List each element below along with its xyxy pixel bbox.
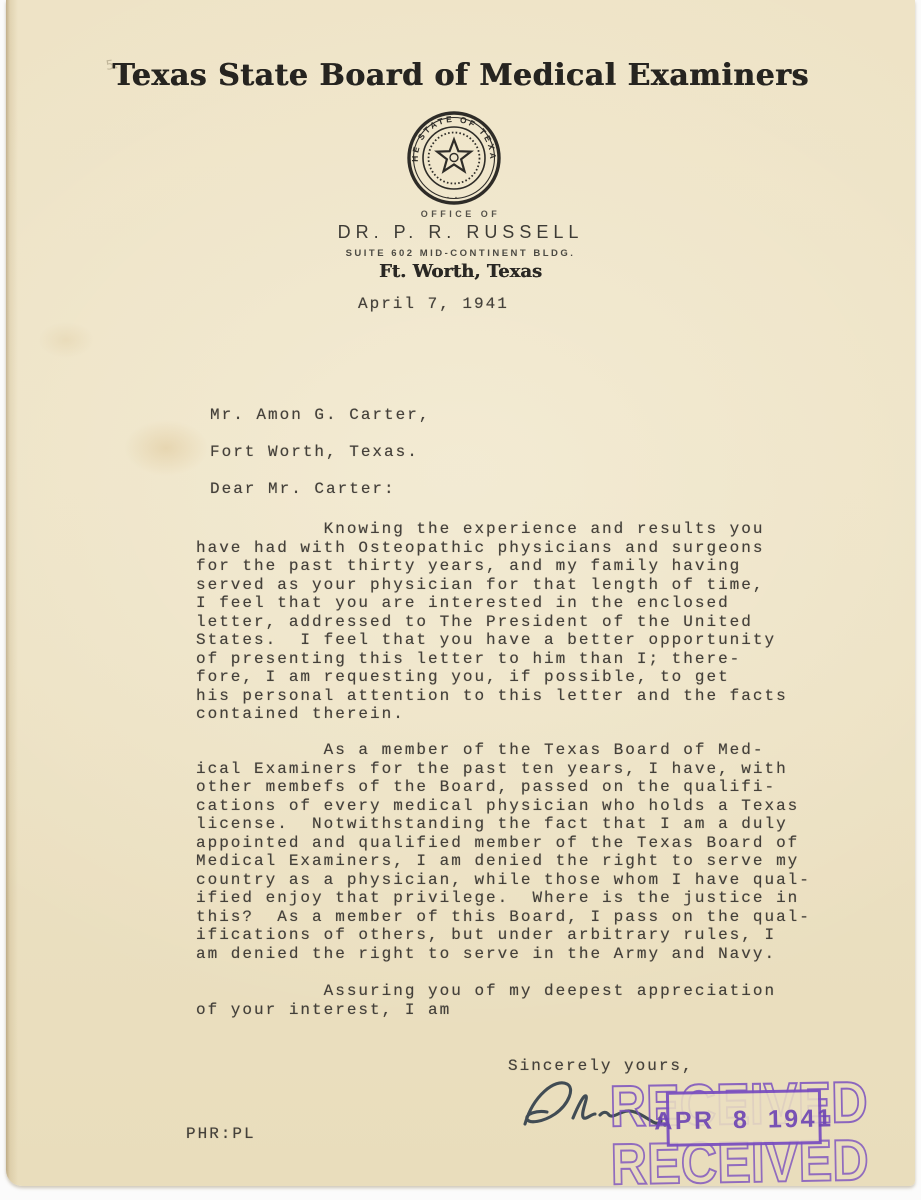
- body-paragraph-2: As a member of the Texas Board of Med- i…: [196, 741, 811, 963]
- stamp-date: APR 8 1941: [654, 1104, 834, 1135]
- body-paragraph-3: Assuring you of my deepest appreciation …: [196, 982, 776, 1019]
- letter-date: April 7, 1941: [358, 295, 509, 314]
- typist-initials: PHR:PL: [186, 1125, 256, 1144]
- received-stamp: RECEIVED RECEIVED APR 8 1941: [603, 1062, 879, 1193]
- pencil-mark: 5.: [105, 57, 119, 74]
- doctor-name: DR. P. R. RUSSELL: [6, 222, 915, 243]
- city-line: Ft. Worth, Texas: [6, 261, 915, 282]
- seal-star-icon: [437, 140, 471, 172]
- texas-state-seal-icon: THE STATE OF TEXAS ..: [404, 108, 504, 208]
- body-paragraph-1: Knowing the experience and results you h…: [196, 520, 788, 724]
- organization-title: Texas State Board of Medical Examiners: [6, 58, 915, 93]
- office-of-label: OFFICE OF: [6, 209, 915, 219]
- suite-address: SUITE 602 MID-CONTINENT BLDG.: [6, 248, 915, 259]
- recipient-name: Mr. Amon G. Carter,: [210, 406, 430, 425]
- salutation: Dear Mr. Carter:: [210, 480, 396, 499]
- seal-bottom-marks: ..: [447, 193, 463, 200]
- recipient-city: Fort Worth, Texas.: [210, 443, 419, 462]
